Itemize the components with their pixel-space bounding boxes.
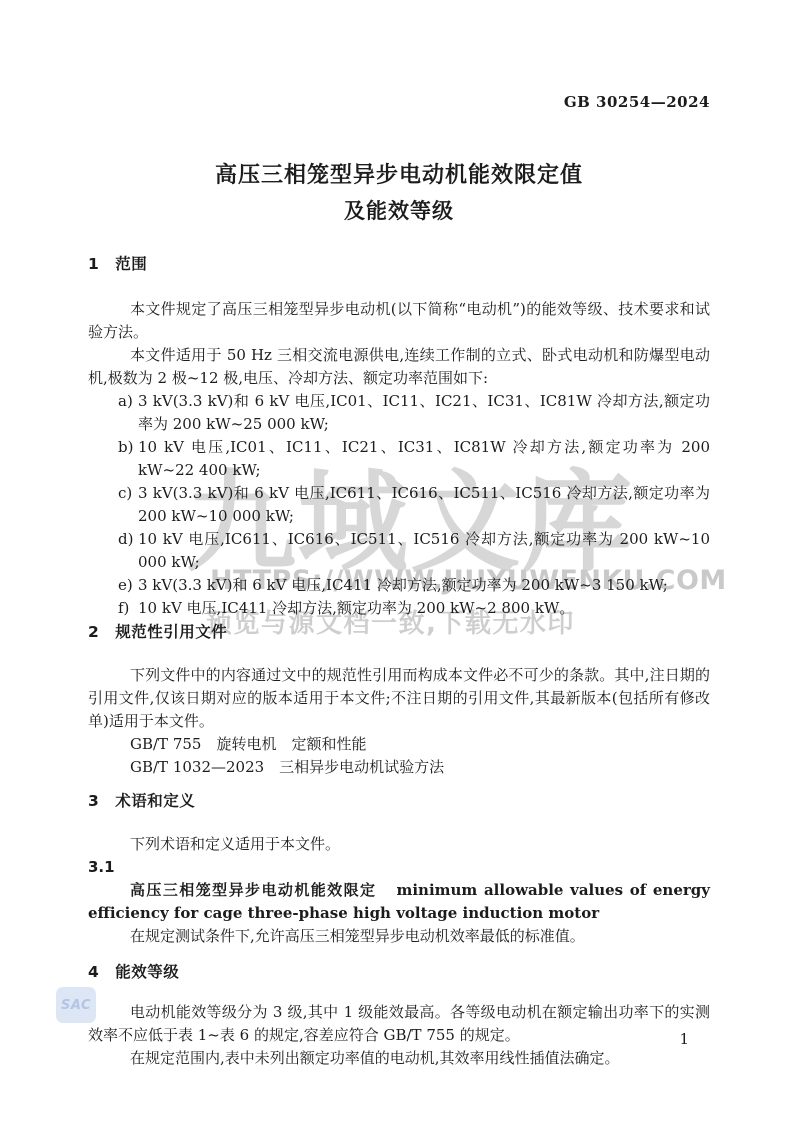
list-item-b-text: 10 kV 电压,IC01、IC11、IC21、IC31、IC81W 冷却方法,… — [138, 438, 710, 479]
section-2-reference-2: GB/T 1032—2023 三相异步电动机试验方法 — [88, 756, 710, 779]
list-item-f: f) 10 kV 电压,IC411 冷却方法,额定功率为 200 kW~2 80… — [88, 597, 710, 620]
list-item-c-marker: c) — [118, 482, 132, 505]
list-item-e: e) 3 kV(3.3 kV)和 6 kV 电压,IC411 冷却方法,额定功率… — [88, 574, 710, 597]
term-definition-body: 在规定测试条件下,允许高压三相笼型异步电动机效率最低的标准值。 — [88, 925, 710, 948]
section-3-paragraph-1: 下列术语和定义适用于本文件。 — [88, 833, 710, 856]
term-chinese: 高压三相笼型异步电动机能效限定 — [130, 881, 376, 899]
list-item-d-marker: d) — [118, 528, 133, 551]
section-2-paragraph-1: 下列文件中的内容通过文中的规范性引用而构成本文件必不可少的条款。其中,注日期的引… — [88, 664, 710, 733]
section-4-paragraph-2: 在规定范围内,表中未列出额定功率值的电动机,其效率用线性插值法确定。 — [88, 1047, 710, 1070]
section-4-heading: 4 能效等级 — [88, 962, 710, 982]
list-item-b: b) 10 kV 电压,IC01、IC11、IC21、IC31、IC81W 冷却… — [88, 436, 710, 482]
list-item-e-text: 3 kV(3.3 kV)和 6 kV 电压,IC411 冷却方法,额定功率为 2… — [138, 576, 668, 594]
list-item-f-marker: f) — [118, 597, 129, 620]
term-definition-heading: 高压三相笼型异步电动机能效限定minimum allowable values … — [88, 879, 710, 925]
section-1-paragraph-1: 本文件规定了高压三相笼型异步电动机(以下简称“电动机”)的能效等级、技术要求和试… — [88, 298, 710, 344]
list-item-a-text: 3 kV(3.3 kV)和 6 kV 电压,IC01、IC11、IC21、IC3… — [138, 392, 710, 433]
section-4-paragraph-1: 电动机能效等级分为 3 级,其中 1 级能效最高。各等级电动机在额定输出功率下的… — [88, 1001, 710, 1047]
list-item-d: d) 10 kV 电压,IC611、IC616、IC511、IC516 冷却方法… — [88, 528, 710, 574]
sac-logo-label: SAC — [61, 998, 91, 1013]
list-item-f-text: 10 kV 电压,IC411 冷却方法,额定功率为 200 kW~2 800 k… — [138, 599, 574, 617]
page-title-line2: 及能效等级 — [88, 196, 710, 226]
list-item-c-text: 3 kV(3.3 kV)和 6 kV 电压,IC611、IC616、IC511、… — [138, 484, 710, 525]
section-2-reference-1: GB/T 755 旋转电机 定额和性能 — [88, 733, 710, 756]
list-item-e-marker: e) — [118, 574, 133, 597]
clause-number: 3.1 — [88, 856, 710, 879]
list-item-a-marker: a) — [118, 390, 133, 413]
list-item-a: a) 3 kV(3.3 kV)和 6 kV 电压,IC01、IC11、IC21、… — [88, 390, 710, 436]
section-3-heading: 3 术语和定义 — [88, 791, 710, 811]
section-2-heading: 2 规范性引用文件 — [88, 622, 710, 642]
page-content: 高压三相笼型异步电动机能效限定值 及能效等级 1 范围 本文件规定了高压三相笼型… — [88, 0, 710, 1070]
section-1-heading: 1 范围 — [88, 254, 710, 274]
page-title-line1: 高压三相笼型异步电动机能效限定值 — [88, 160, 710, 192]
list-item-b-marker: b) — [118, 436, 133, 459]
list-item-d-text: 10 kV 电压,IC611、IC616、IC511、IC516 冷却方法,额定… — [138, 530, 710, 571]
section-1-list: a) 3 kV(3.3 kV)和 6 kV 电压,IC01、IC11、IC21、… — [88, 390, 710, 620]
document-page: 九域文库 HTTPS://WWW.JIUYUWENKU.COM 预览与源文档一致… — [0, 0, 793, 1122]
list-item-c: c) 3 kV(3.3 kV)和 6 kV 电压,IC611、IC616、IC5… — [88, 482, 710, 528]
section-1-paragraph-2: 本文件适用于 50 Hz 三相交流电源供电,连续工作制的立式、卧式电动机和防爆型… — [88, 344, 710, 390]
page-number: 1 — [679, 1030, 689, 1048]
